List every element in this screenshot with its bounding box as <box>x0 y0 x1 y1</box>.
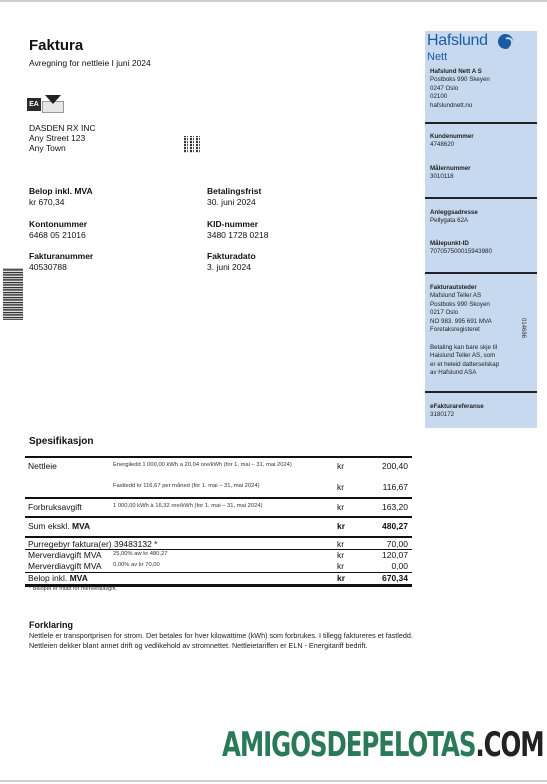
watermark: AMIGOSDEPELOTAS.COM <box>222 722 543 768</box>
invoice-number-field: Fakturanummer 40530788 <box>29 251 93 273</box>
invoice-date-field: Fakturadato 3. juni 2024 <box>207 251 256 273</box>
explanation-title: Forklaring <box>29 620 73 630</box>
company-info: Hafslund Nett A S Postboks 990 Skeyen 02… <box>430 68 490 110</box>
sidebar-divider <box>425 122 537 124</box>
sidebar-divider <box>425 272 537 274</box>
ea-label: EA <box>27 98 41 111</box>
page-subtitle: Avregning for nettleie I juni 2024 <box>29 58 151 68</box>
meter-number: Målernummer 3010118 <box>430 165 471 182</box>
invoice-issuer: Fakturautsteder Mafslund Teller AS Postb… <box>430 284 492 334</box>
arrow-down-icon <box>45 95 61 104</box>
watermark-main: AMIGOSDEPELOTAS <box>222 725 475 765</box>
barcode <box>3 268 23 320</box>
recipient-address: DASDEN RX INC Any Street 123 Any Town <box>29 123 96 153</box>
payment-note: Betaling kan bare skje til Haislund Tell… <box>430 344 499 378</box>
brand-sub: Nett <box>427 51 447 63</box>
amount-value: kr 670,34 <box>29 197 93 208</box>
invoice-date-value: 3. juni 2024 <box>207 262 256 273</box>
specification-title: Spesifikasjon <box>29 436 93 447</box>
top-border <box>0 0 547 2</box>
table-rule <box>25 456 412 458</box>
recipient-town: Any Town <box>29 143 96 153</box>
datamatrix-code <box>184 136 201 153</box>
sidebar-divider <box>425 391 537 393</box>
amount-field: Belop inkl. MVA kr 670,34 <box>29 186 93 208</box>
kid-field: KID-nummer 3480 1728 0218 <box>207 219 268 241</box>
vertical-code: 014686 <box>520 318 526 338</box>
hafslund-logo-icon <box>498 34 513 49</box>
bottom-border <box>0 780 547 782</box>
table-row: Nettleie Energiledd 1 000,00 kWh a 20,04… <box>25 461 412 473</box>
account-value: 6468 05 21016 <box>29 230 87 241</box>
table-rule <box>25 536 412 538</box>
explanation-text: Nettlele er transportprisen for strom. D… <box>29 631 424 650</box>
recipient-name: DASDEN RX INC <box>29 123 96 133</box>
due-date-field: Betalingsfrist 30. juni 2024 <box>207 186 261 208</box>
metering-point-id: Målepunkt-ID 707057500015943980 <box>430 240 492 257</box>
brand-name: Hafslund <box>427 32 488 50</box>
table-rule <box>25 497 412 499</box>
table-rule <box>25 516 412 518</box>
page-title: Faktura <box>29 37 83 54</box>
due-date-value: 30. juni 2024 <box>207 197 261 208</box>
invoice-number-value: 40530788 <box>29 262 93 273</box>
sidebar-divider <box>425 197 537 199</box>
company-sidebar: Hafslund Nett Hafslund Nett A S Postboks… <box>425 31 537 428</box>
table-row: Forbruksavgift 1 000,00 kWh à 16,32 ore/… <box>25 502 412 514</box>
watermark-tld: .COM <box>475 725 543 765</box>
efaktura-reference: eFakturareferanse 3180172 <box>430 403 484 420</box>
recipient-street: Any Street 123 <box>29 133 96 143</box>
table-row: Fastledd kr 116,67 per måned (for 1. mai… <box>25 482 412 494</box>
facility-address: Anleggsadresse Pellygata 62A <box>430 209 478 226</box>
table-row-subtotal: Sum ekskl. MVA kr 480,27 <box>25 521 412 533</box>
account-field: Kontonummer 6468 05 21016 <box>29 219 87 241</box>
footnote: * Belopet er fritatt for merverdiavgift. <box>29 586 117 592</box>
ea-logo: EA <box>27 95 67 115</box>
customer-number: Kundenummer 4748620 <box>430 133 474 150</box>
kid-value: 3480 1728 0218 <box>207 230 268 241</box>
